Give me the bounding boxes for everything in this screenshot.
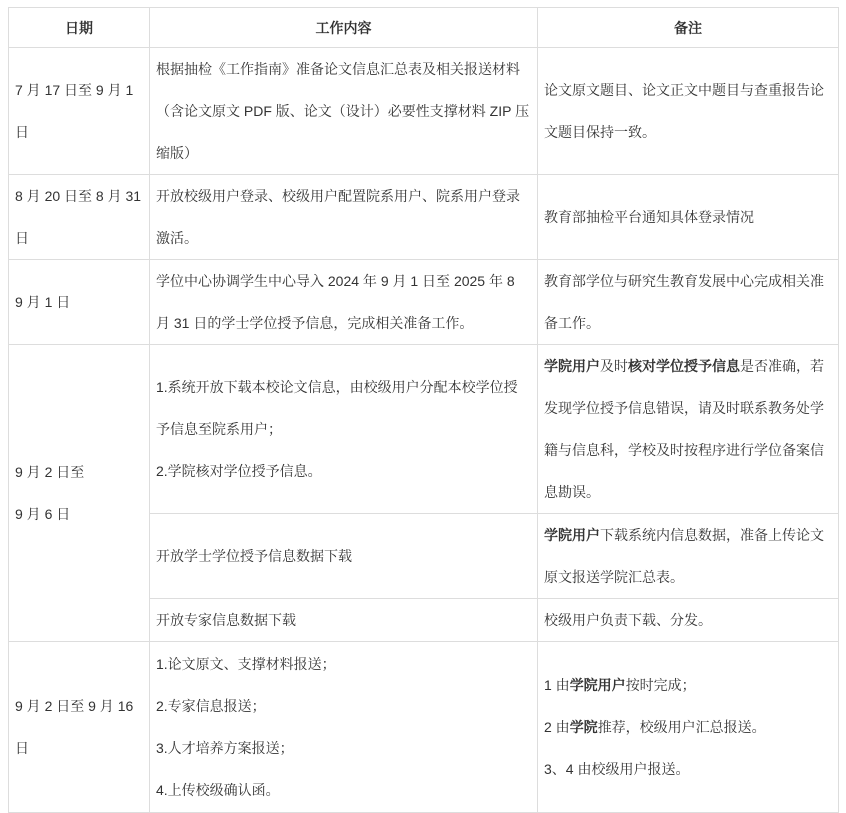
text-segment: 开放校级用户登录、校级用户配置院系用户、院系用户登录激活。 bbox=[156, 188, 520, 246]
paragraph: 开放专家信息数据下载 bbox=[156, 599, 531, 641]
paragraph: 4.上传校级确认函。 bbox=[156, 769, 531, 811]
text-segment: 教育部学位与研究生教育发展中心完成相关准备工作。 bbox=[544, 273, 824, 331]
paragraph: 论文原文题目、论文正文中题目与查重报告论文题目保持一致。 bbox=[544, 69, 832, 153]
paragraph: 教育部学位与研究生教育发展中心完成相关准备工作。 bbox=[544, 260, 832, 344]
work-cell: 学位中心协调学生中心导入 2024 年 9 月 1 日至 2025 年 8 月 … bbox=[150, 260, 538, 345]
paragraph: 2.专家信息报送； bbox=[156, 685, 531, 727]
text-line: 7 月 17 日至 9 月 1 日 bbox=[15, 69, 143, 153]
note-cell: 学院用户下载系统内信息数据，准备上传论文原文报送学院汇总表。 bbox=[538, 514, 839, 599]
paragraph: 2 由学院推荐，校级用户汇总报送。 bbox=[544, 706, 832, 748]
text-segment: 根据抽检《工作指南》准备论文信息汇总表及相关报送材料（含论文原文 PDF 版、论… bbox=[156, 61, 529, 161]
text-segment: 1.论文原文、支撑材料报送； bbox=[156, 656, 336, 672]
work-cell: 开放专家信息数据下载 bbox=[150, 599, 538, 642]
text-segment: 3、4 由校级用户报送。 bbox=[544, 761, 689, 777]
text-segment: 是否准确，若发现学位授予信息错误，请及时联系教务处学籍与信息科，学校及时按程序进… bbox=[544, 358, 824, 500]
work-cell: 开放校级用户登录、校级用户配置院系用户、院系用户登录激活。 bbox=[150, 175, 538, 260]
work-cell: 根据抽检《工作指南》准备论文信息汇总表及相关报送材料（含论文原文 PDF 版、论… bbox=[150, 48, 538, 175]
note-cell: 教育部抽检平台通知具体登录情况 bbox=[538, 175, 839, 260]
text-segment: 2.专家信息报送； bbox=[156, 698, 266, 714]
text-segment: 1.系统开放下载本校论文信息，由校级用户分配本校学位授予信息至院系用户； bbox=[156, 379, 518, 437]
paragraph: 学院用户及时核对学位授予信息是否准确，若发现学位授予信息错误，请及时联系教务处学… bbox=[544, 345, 832, 513]
text-segment: 推荐，校级用户汇总报送。 bbox=[598, 719, 766, 735]
text-line: 9 月 2 日至 bbox=[15, 451, 143, 493]
table-body: 7 月 17 日至 9 月 1 日 根据抽检《工作指南》准备论文信息汇总表及相关… bbox=[9, 48, 839, 813]
text-segment: 及时 bbox=[600, 358, 628, 374]
text-segment: 学院用户 bbox=[544, 527, 600, 543]
table-row: 9 月 2 日至9 月 6 日 1.系统开放下载本校论文信息，由校级用户分配本校… bbox=[9, 345, 839, 514]
text-segment: 2 由 bbox=[544, 719, 570, 735]
text-segment: 学院 bbox=[570, 719, 598, 735]
date-cell: 9 月 2 日至9 月 6 日 bbox=[9, 345, 150, 642]
note-cell: 1 由学院用户按时完成；2 由学院推荐，校级用户汇总报送。3、4 由校级用户报送… bbox=[538, 642, 839, 813]
text-segment: 开放专家信息数据下载 bbox=[156, 612, 296, 628]
work-cell: 开放学士学位授予信息数据下载 bbox=[150, 514, 538, 599]
date-cell: 7 月 17 日至 9 月 1 日 bbox=[9, 48, 150, 175]
text-line: 9 月 1 日 bbox=[15, 281, 143, 323]
header-note: 备注 bbox=[538, 8, 839, 48]
text-segment: 学位中心协调学生中心导入 2024 年 9 月 1 日至 2025 年 8 月 … bbox=[156, 273, 515, 331]
text-segment: 开放学士学位授予信息数据下载 bbox=[156, 548, 352, 564]
paragraph: 1 由学院用户按时完成； bbox=[544, 664, 832, 706]
note-cell: 教育部学位与研究生教育发展中心完成相关准备工作。 bbox=[538, 260, 839, 345]
text-segment: 3.人才培养方案报送； bbox=[156, 740, 294, 756]
table-row: 9 月 2 日至 9 月 16 日 1.论文原文、支撑材料报送；2.专家信息报送… bbox=[9, 642, 839, 813]
header-date: 日期 bbox=[9, 8, 150, 48]
text-segment: 4.上传校级确认函。 bbox=[156, 782, 280, 798]
work-cell: 1.论文原文、支撑材料报送；2.专家信息报送；3.人才培养方案报送；4.上传校级… bbox=[150, 642, 538, 813]
text-line: 8 月 20 日至 8 月 31 日 bbox=[15, 175, 143, 259]
text-segment: 按时完成； bbox=[626, 677, 696, 693]
paragraph: 3、4 由校级用户报送。 bbox=[544, 748, 832, 790]
text-line: 9 月 6 日 bbox=[15, 493, 143, 535]
text-segment: 核对学位授予信息 bbox=[628, 358, 740, 374]
text-segment: 校级用户负责下载、分发。 bbox=[544, 612, 712, 628]
text-segment: 1 由 bbox=[544, 677, 570, 693]
text-segment: 2.学院核对学位授予信息。 bbox=[156, 463, 322, 479]
date-cell: 8 月 20 日至 8 月 31 日 bbox=[9, 175, 150, 260]
note-cell: 论文原文题目、论文正文中题目与查重报告论文题目保持一致。 bbox=[538, 48, 839, 175]
note-cell: 学院用户及时核对学位授予信息是否准确，若发现学位授予信息错误，请及时联系教务处学… bbox=[538, 345, 839, 514]
paragraph: 学院用户下载系统内信息数据，准备上传论文原文报送学院汇总表。 bbox=[544, 514, 832, 598]
text-segment: 学院用户 bbox=[570, 677, 626, 693]
paragraph: 开放学士学位授予信息数据下载 bbox=[156, 535, 531, 577]
paragraph: 校级用户负责下载、分发。 bbox=[544, 599, 832, 641]
paragraph: 根据抽检《工作指南》准备论文信息汇总表及相关报送材料（含论文原文 PDF 版、论… bbox=[156, 48, 531, 174]
header-row: 日期 工作内容 备注 bbox=[9, 8, 839, 48]
paragraph: 学位中心协调学生中心导入 2024 年 9 月 1 日至 2025 年 8 月 … bbox=[156, 260, 531, 344]
paragraph: 教育部抽检平台通知具体登录情况 bbox=[544, 196, 832, 238]
table-row: 7 月 17 日至 9 月 1 日 根据抽检《工作指南》准备论文信息汇总表及相关… bbox=[9, 48, 839, 175]
table-row: 9 月 1 日 学位中心协调学生中心导入 2024 年 9 月 1 日至 202… bbox=[9, 260, 839, 345]
paragraph: 1.论文原文、支撑材料报送； bbox=[156, 643, 531, 685]
note-cell: 校级用户负责下载、分发。 bbox=[538, 599, 839, 642]
text-segment: 教育部抽检平台通知具体登录情况 bbox=[544, 209, 754, 225]
page: 日期 工作内容 备注 7 月 17 日至 9 月 1 日 根据抽检《工作指南》准… bbox=[0, 0, 846, 700]
date-cell: 9 月 1 日 bbox=[9, 260, 150, 345]
table-row: 8 月 20 日至 8 月 31 日 开放校级用户登录、校级用户配置院系用户、院… bbox=[9, 175, 839, 260]
paragraph: 开放校级用户登录、校级用户配置院系用户、院系用户登录激活。 bbox=[156, 175, 531, 259]
paragraph: 3.人才培养方案报送； bbox=[156, 727, 531, 769]
work-cell: 1.系统开放下载本校论文信息，由校级用户分配本校学位授予信息至院系用户；2.学院… bbox=[150, 345, 538, 514]
paragraph: 2.学院核对学位授予信息。 bbox=[156, 450, 531, 492]
header-work-content: 工作内容 bbox=[150, 8, 538, 48]
paragraph: 1.系统开放下载本校论文信息，由校级用户分配本校学位授予信息至院系用户； bbox=[156, 366, 531, 450]
text-segment: 论文原文题目、论文正文中题目与查重报告论文题目保持一致。 bbox=[544, 82, 824, 140]
date-cell: 9 月 2 日至 9 月 16 日 bbox=[9, 642, 150, 813]
text-line: 9 月 2 日至 9 月 16 日 bbox=[15, 685, 143, 769]
text-segment: 学院用户 bbox=[544, 358, 600, 374]
schedule-table: 日期 工作内容 备注 7 月 17 日至 9 月 1 日 根据抽检《工作指南》准… bbox=[8, 7, 839, 813]
